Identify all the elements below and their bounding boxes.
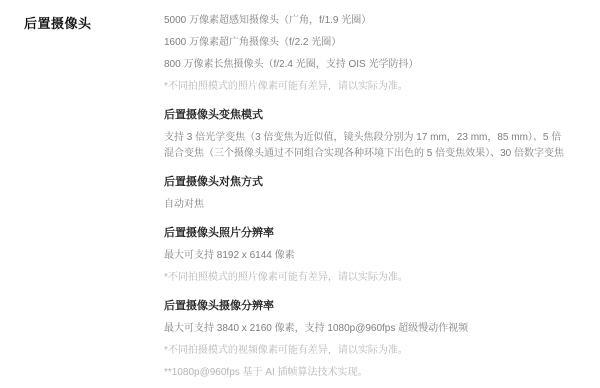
group-heading: 后置摄像头对焦方式	[164, 174, 568, 190]
spec-line: 800 万像素长焦摄像头（f/2.4 光圈，支持 OIS 光学防抖）	[164, 57, 568, 73]
spec-group-camera-modules: 5000 万像素超感知摄像头（广角，f/1.9 光圈） 1600 万像素超广角摄…	[164, 13, 568, 95]
spec-note: *不同拍照模式的照片像素可能有差异，请以实际为准。	[164, 79, 568, 95]
spec-group-focus-mode: 后置摄像头对焦方式 自动对焦	[164, 174, 568, 213]
spec-line: 5000 万像素超感知摄像头（广角，f/1.9 光圈）	[164, 13, 568, 29]
spec-line: 支持 3 倍光学变焦（3 倍变焦为近似值，镜头焦段分别为 17 mm，23 mm…	[164, 130, 568, 162]
group-heading: 后置摄像头变焦模式	[164, 107, 568, 123]
spec-page: 后置摄像头 5000 万像素超感知摄像头（广角，f/1.9 光圈） 1600 万…	[0, 0, 600, 388]
spec-note: *不同拍照模式的照片像素可能有差异，请以实际为准。	[164, 270, 568, 286]
spec-line: 最大可支持 8192 x 6144 像素	[164, 248, 568, 264]
spec-group-video-resolution: 后置摄像头摄像分辨率 最大可支持 3840 x 2160 像素，支持 1080p…	[164, 298, 568, 381]
group-heading: 后置摄像头照片分辨率	[164, 225, 568, 241]
spec-line: 最大可支持 3840 x 2160 像素，支持 1080p@960fps 超级慢…	[164, 321, 568, 337]
spec-line: 自动对焦	[164, 197, 568, 213]
spec-note: **1080p@960fps 基于 AI 插帧算法技术实现。	[164, 365, 568, 381]
spec-row: 后置摄像头 5000 万像素超感知摄像头（广角，f/1.9 光圈） 1600 万…	[0, 0, 600, 387]
group-heading: 后置摄像头摄像分辨率	[164, 298, 568, 314]
spec-line: 1600 万像素超广角摄像头（f/2.2 光圈）	[164, 35, 568, 51]
spec-group-photo-resolution: 后置摄像头照片分辨率 最大可支持 8192 x 6144 像素 *不同拍照模式的…	[164, 225, 568, 286]
spec-group-zoom-modes: 后置摄像头变焦模式 支持 3 倍光学变焦（3 倍变焦为近似值，镜头焦段分别为 1…	[164, 107, 568, 162]
spec-details: 5000 万像素超感知摄像头（广角，f/1.9 光圈） 1600 万像素超广角摄…	[164, 0, 568, 387]
spec-note: *不同拍摄模式的视频像素可能有差异，请以实际为准。	[164, 343, 568, 359]
spec-term-rear-camera: 后置摄像头	[0, 0, 164, 32]
